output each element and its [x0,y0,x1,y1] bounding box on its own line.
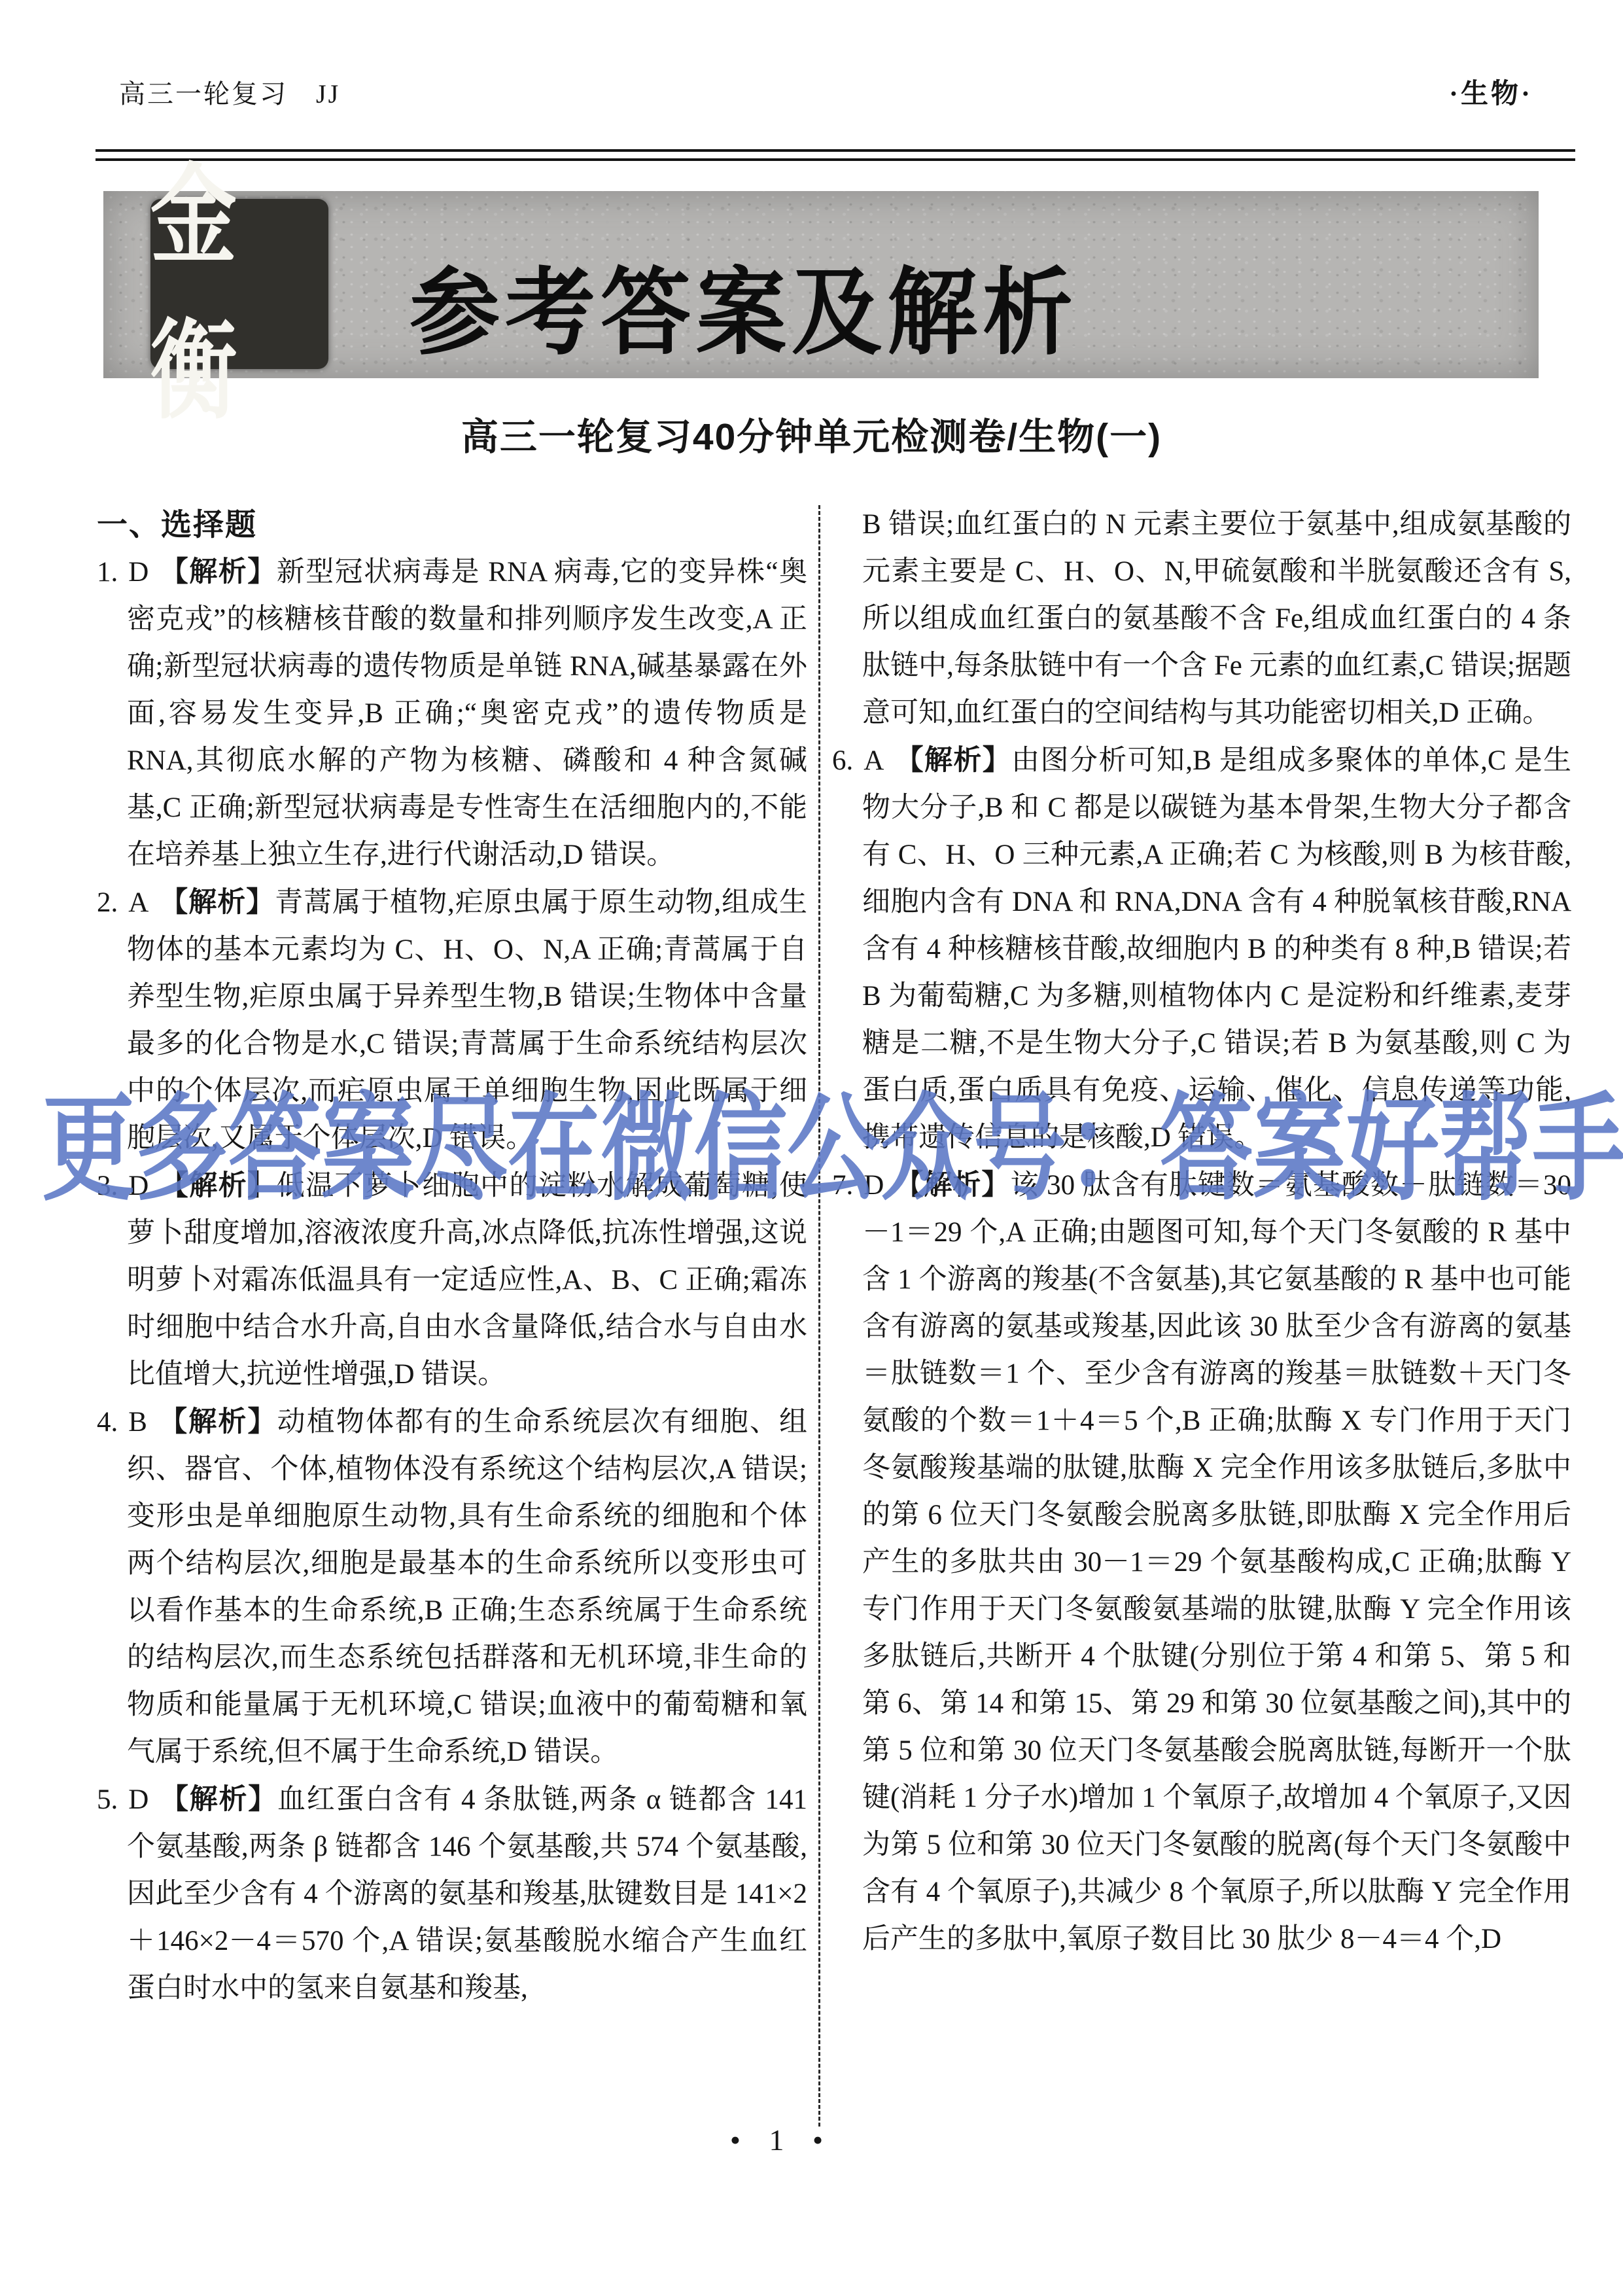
header-subject-label: ·生物· [1449,72,1533,111]
answer-item-5: 5.D【解析】血红蛋白含有 4 条肽链,两条 α 链都含 141 个氨基酸,两条… [97,1776,807,2012]
analysis-text: 由图分析可知,B 是组成多聚体的单体,C 是生物大分子,B 和 C 都是以碳链为… [862,745,1571,1153]
analysis-tag: 【解析】 [158,1406,277,1438]
item-answer: D [128,1171,148,1201]
header-course-label: 高三一轮复习 JJ [119,73,340,111]
item-number: 5. [97,1784,118,1815]
item-answer: D [128,1784,148,1815]
analysis-tag: 【解析】 [894,745,1011,776]
item-number: 7. [832,1170,853,1201]
answer-item-4: 4.B【解析】动植物体都有的生命系统层次有细胞、组织、器官、个体,植物体没有系统… [97,1398,807,1776]
right-column: B 错误;血红蛋白的 N 元素主要位于氨基中,组成氨基酸的元素主要是 C、H、O… [832,501,1571,1963]
analysis-text: 新型冠状病毒是 RNA 病毒,它的变异株“奥密克戎”的核糖核苷酸的数量和排列顺序… [127,557,807,870]
answer-item-2: 2.A【解析】青蒿属于植物,疟原虫属于原生动物,组成生物体的基本元素均为 C、H… [97,879,807,1162]
publisher-seal: 金衡 [150,199,328,369]
item-answer: B [128,1407,147,1438]
item-number: 1. [97,557,118,588]
answer-item-5-continuation: B 错误;血红蛋白的 N 元素主要位于氨基中,组成氨基酸的元素主要是 C、H、O… [832,501,1571,737]
item-number: 2. [97,887,118,918]
item-answer: A [128,887,148,918]
analysis-tag: 【解析】 [159,887,275,918]
item-number: 3. [97,1171,118,1201]
left-column: 一、选择题 1.D【解析】新型冠状病毒是 RNA 病毒,它的变异株“奥密克戎”的… [97,501,807,2012]
analysis-tag: 【解析】 [159,1170,276,1201]
item-answer: D [128,557,148,588]
analysis-text: 低温下萝卜细胞中的淀粉水解成葡萄糖,使萝卜甜度增加,溶液浓度升高,冰点降低,抗冻… [127,1171,807,1390]
item-number: 6. [832,745,853,776]
analysis-text: B 错误;血红蛋白的 N 元素主要位于氨基中,组成氨基酸的元素主要是 C、H、O… [862,509,1571,728]
answer-item-1: 1.D【解析】新型冠状病毒是 RNA 病毒,它的变异株“奥密克戎”的核糖核苷酸的… [97,548,807,879]
analysis-tag: 【解析】 [159,556,276,588]
column-divider [818,505,820,2127]
item-answer: D [864,1170,884,1201]
item-number: 4. [97,1407,118,1438]
section-heading: 一、选择题 [97,501,807,548]
analysis-text: 该 30 肽含有肽键数＝氨基酸数－肽链数＝30－1＝29 个,A 正确;由题图可… [862,1170,1571,1954]
analysis-text: 血红蛋白含有 4 条肽链,两条 α 链都含 141 个氨基酸,两条 β 链都含 … [127,1784,807,2004]
seal-characters: 金衡 [150,129,328,440]
title-banner: 金衡 参考答案及解析 [103,191,1539,378]
answer-key-page: 高三一轮复习 JJ ·生物· 金衡 参考答案及解析 高三一轮复习40分钟单元检测… [0,0,1623,2296]
item-answer: A [864,745,884,776]
paper-subtitle: 高三一轮复习40分钟单元检测卷/生物(一) [0,407,1623,461]
analysis-tag: 【解析】 [159,1784,277,1815]
answer-item-6: 6.A【解析】由图分析可知,B 是组成多聚体的单体,C 是生物大分子,B 和 C… [832,737,1571,1161]
analysis-text: 青蒿属于植物,疟原虫属于原生动物,组成生物体的基本元素均为 C、H、O、N,A … [127,887,807,1154]
answer-item-7: 7.D【解析】该 30 肽含有肽键数＝氨基酸数－肽链数＝30－1＝29 个,A … [832,1161,1571,1963]
analysis-text: 动植物体都有的生命系统层次有细胞、组织、器官、个体,植物体没有系统这个结构层次,… [127,1407,807,1767]
analysis-tag: 【解析】 [894,1169,1010,1201]
banner-title: 参考答案及解析 [410,237,1078,373]
page-number: • 1 • [0,2123,1563,2157]
answer-item-3: 3.D【解析】低温下萝卜细胞中的淀粉水解成葡萄糖,使萝卜甜度增加,溶液浓度升高,… [97,1162,807,1398]
